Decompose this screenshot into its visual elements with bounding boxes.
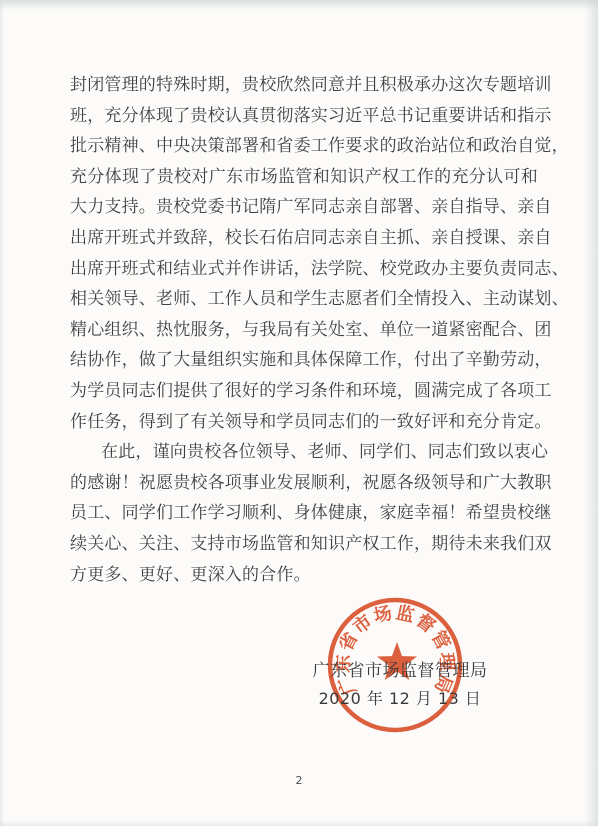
body-line: 批示精神、中央决策部署和省委工作要求的政治站位和政治自觉，: [70, 131, 538, 162]
body-line: 出席开班式和结业式并作讲话，法学院、校党政办主要负责同志、: [70, 254, 538, 285]
body-line: 相关领导、老师、工作人员和学生志愿者们全情投入、主动谋划、: [70, 284, 538, 315]
document-page: 封闭管理的特殊时期，贵校欣然同意并且积极承办这次专题培训 班，充分体现了贵校认真…: [0, 0, 598, 826]
scan-shadow-top: [0, 0, 598, 10]
signature-block: 广东省市场监督管理局 2020 年 12 月 13 日: [295, 659, 505, 712]
body-line: 精心组织、热忱服务，与我局有关处室、单位一道紧密配合、团: [70, 315, 538, 346]
body-line: 作任务，得到了有关领导和学员同志们的一致好评和充分肯定。: [70, 407, 538, 438]
body-line: 班，充分体现了贵校认真贯彻落实习近平总书记重要讲话和指示: [70, 101, 538, 132]
page-number: 2: [0, 774, 598, 787]
scan-shadow-bottom: [0, 820, 598, 826]
scan-shadow-right: [585, 0, 598, 826]
signature-date: 2020 年 12 月 13 日: [295, 686, 505, 712]
body-line: 的感谢！祝愿贵校各项事业发展顺利，祝愿各级领导和广大教职: [70, 468, 538, 499]
signature-agency: 广东省市场监督管理局: [295, 659, 505, 683]
body-line: 为学员同志们提供了很好的学习条件和环境，圆满完成了各项工: [70, 376, 538, 407]
body-line: 在此，谨向贵校各位领导、老师、同学们、同志们致以衷心: [70, 437, 538, 468]
body-line: 封闭管理的特殊时期，贵校欣然同意并且积极承办这次专题培训: [70, 70, 538, 101]
letter-body: 封闭管理的特殊时期，贵校欣然同意并且积极承办这次专题培训 班，充分体现了贵校认真…: [70, 70, 538, 590]
body-line: 结协作，做了大量组织实施和具体保障工作，付出了辛勤劳动，: [70, 345, 538, 376]
body-line: 充分体现了贵校对广东市场监管和知识产权工作的充分认可和: [70, 162, 538, 193]
body-line: 大力支持。贵校党委书记隋广军同志亲自部署、亲自指导、亲自: [70, 192, 538, 223]
body-line: 续关心、关注、支持市场监管和知识产权工作，期待未来我们双: [70, 529, 538, 560]
body-line: 出席开班式并致辞，校长石佑启同志亲自主抓、亲自授课、亲自: [70, 223, 538, 254]
scan-shadow-left: [0, 0, 4, 826]
body-line: 员工、同学们工作学习顺利、身体健康，家庭幸福！希望贵校继: [70, 498, 538, 529]
body-line: 方更多、更好、更深入的合作。: [70, 560, 538, 591]
